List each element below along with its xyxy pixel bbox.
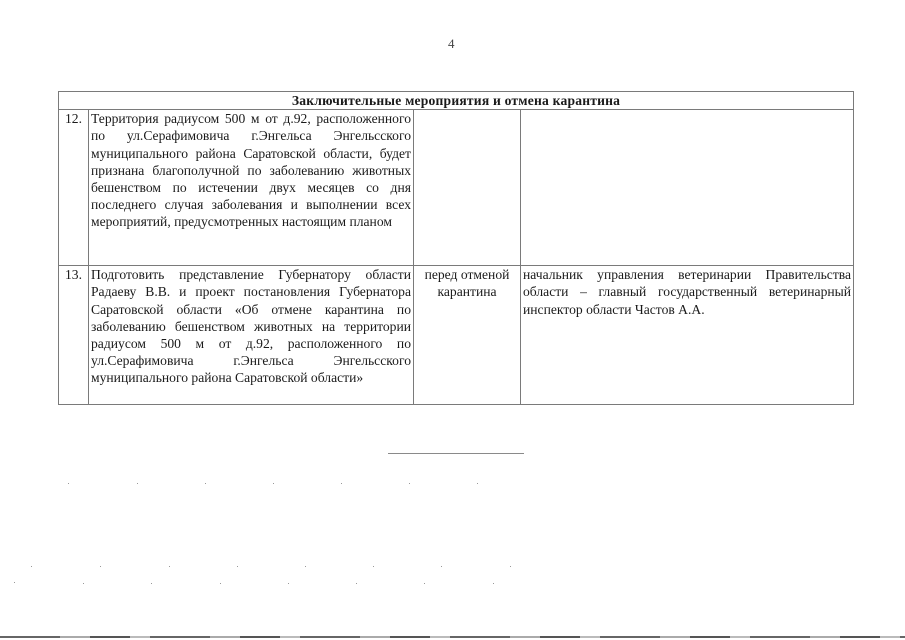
closing-divider-line bbox=[388, 453, 524, 454]
row-description: Территория радиусом 500 м от д.92, распо… bbox=[89, 110, 414, 266]
row-deadline: перед отменой карантина bbox=[414, 266, 521, 405]
row-description: Подготовить представление Губернатору об… bbox=[89, 266, 414, 405]
table-row: 12. Территория радиусом 500 м от д.92, р… bbox=[59, 110, 854, 266]
row-number: 12. bbox=[59, 110, 89, 266]
row-responsible bbox=[521, 110, 854, 266]
page-bottom-edge bbox=[0, 636, 905, 638]
row-number: 13. bbox=[59, 266, 89, 405]
table-row: 13. Подготовить представление Губернатор… bbox=[59, 266, 854, 405]
section-title: Заключительные мероприятия и отмена кара… bbox=[59, 92, 854, 110]
page-number: 4 bbox=[448, 36, 455, 52]
row-responsible: начальник управления ветеринарии Правите… bbox=[521, 266, 854, 405]
row-deadline bbox=[414, 110, 521, 266]
plan-table: Заключительные мероприятия и отмена кара… bbox=[58, 91, 854, 405]
section-header-row: Заключительные мероприятия и отмена кара… bbox=[59, 92, 854, 110]
